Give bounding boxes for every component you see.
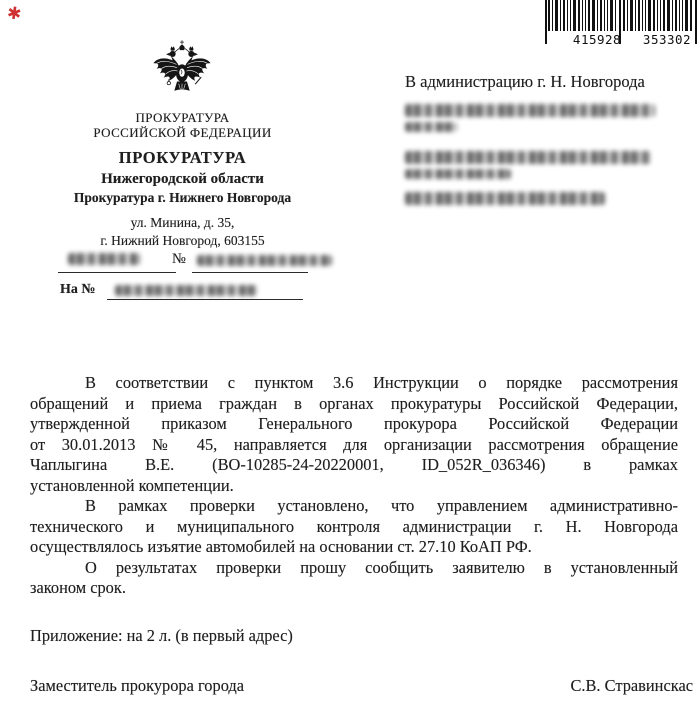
recipient-heading: В администрацию г. Н. Новгорода bbox=[405, 72, 645, 92]
body-line: Чаплыгина В.Е. (ВО-10285-24-20220001, ID… bbox=[30, 455, 678, 476]
body-line: обращений и приема граждан в органах про… bbox=[30, 394, 678, 415]
body-line: осуществлялось изъятие автомобилей на ос… bbox=[30, 537, 678, 558]
signature-row: Заместитель прокурора города С.В. Страви… bbox=[30, 676, 693, 696]
redacted-recipient-line bbox=[405, 151, 651, 164]
redacted-recipient-line bbox=[405, 122, 457, 132]
number-underline bbox=[192, 272, 308, 273]
body-line: установленной компетенции. bbox=[30, 476, 678, 497]
barcode-number-right: 353302 bbox=[637, 32, 697, 47]
body-line: В рамках проверки установлено, что управ… bbox=[30, 496, 678, 517]
scanned-letter-page: { "red_mark": { "glyph": "✱" }, "barcode… bbox=[0, 0, 700, 701]
number-sign: № bbox=[172, 251, 186, 268]
reply-number-underline bbox=[107, 299, 303, 300]
letterhead: ПРОКУРАТУРА РОССИЙСКОЙ ФЕДЕРАЦИИ ПРОКУРА… bbox=[40, 111, 325, 248]
attachment-line: Приложение: на 2 л. (в первый адрес) bbox=[30, 626, 293, 646]
double-headed-eagle-emblem-icon bbox=[149, 37, 215, 105]
body-line: О результатах проверки прошу сообщить за… bbox=[30, 558, 678, 579]
red-mark-icon: ✱ bbox=[6, 3, 23, 25]
office-name-3: Прокуратура г. Нижнего Новгорода bbox=[40, 190, 325, 205]
redacted-reply-number bbox=[115, 285, 257, 296]
redacted-recipient-line bbox=[405, 169, 511, 179]
date-underline bbox=[58, 272, 176, 273]
body-line: от 30.01.2013 № 45, направляется для орг… bbox=[30, 435, 678, 456]
office-name-2: Нижегородской области bbox=[40, 171, 325, 188]
body-text: В соответствии с пунктом 3.6 Инструкции … bbox=[30, 373, 678, 599]
org-line-2: РОССИЙСКОЙ ФЕДЕРАЦИИ bbox=[40, 126, 325, 141]
address-line-2: г. Нижний Новгород, 603155 bbox=[40, 233, 325, 248]
body-line: В соответствии с пунктом 3.6 Инструкции … bbox=[30, 373, 678, 394]
org-line-1: ПРОКУРАТУРА bbox=[40, 111, 325, 126]
body-line: технического и муниципального контроля а… bbox=[30, 517, 678, 538]
office-name-1: ПРОКУРАТУРА bbox=[40, 149, 325, 167]
body-line: утвержденной приказом Генерального проку… bbox=[30, 414, 678, 435]
redacted-date bbox=[68, 253, 140, 265]
reply-to-number-label: На № bbox=[60, 282, 95, 298]
barcode: 415928 353302 bbox=[545, 0, 698, 48]
redacted-recipient-line bbox=[405, 104, 655, 117]
redacted-outgoing-number bbox=[197, 255, 332, 266]
barcode-number-left: 415928 bbox=[559, 32, 635, 47]
signer-name: С.В. Стравинскас bbox=[570, 676, 693, 696]
redacted-email-line bbox=[405, 192, 605, 205]
body-line: законом срок. bbox=[30, 578, 678, 599]
address-line-1: ул. Минина, д. 35, bbox=[40, 215, 325, 230]
signer-title: Заместитель прокурора города bbox=[30, 676, 244, 696]
